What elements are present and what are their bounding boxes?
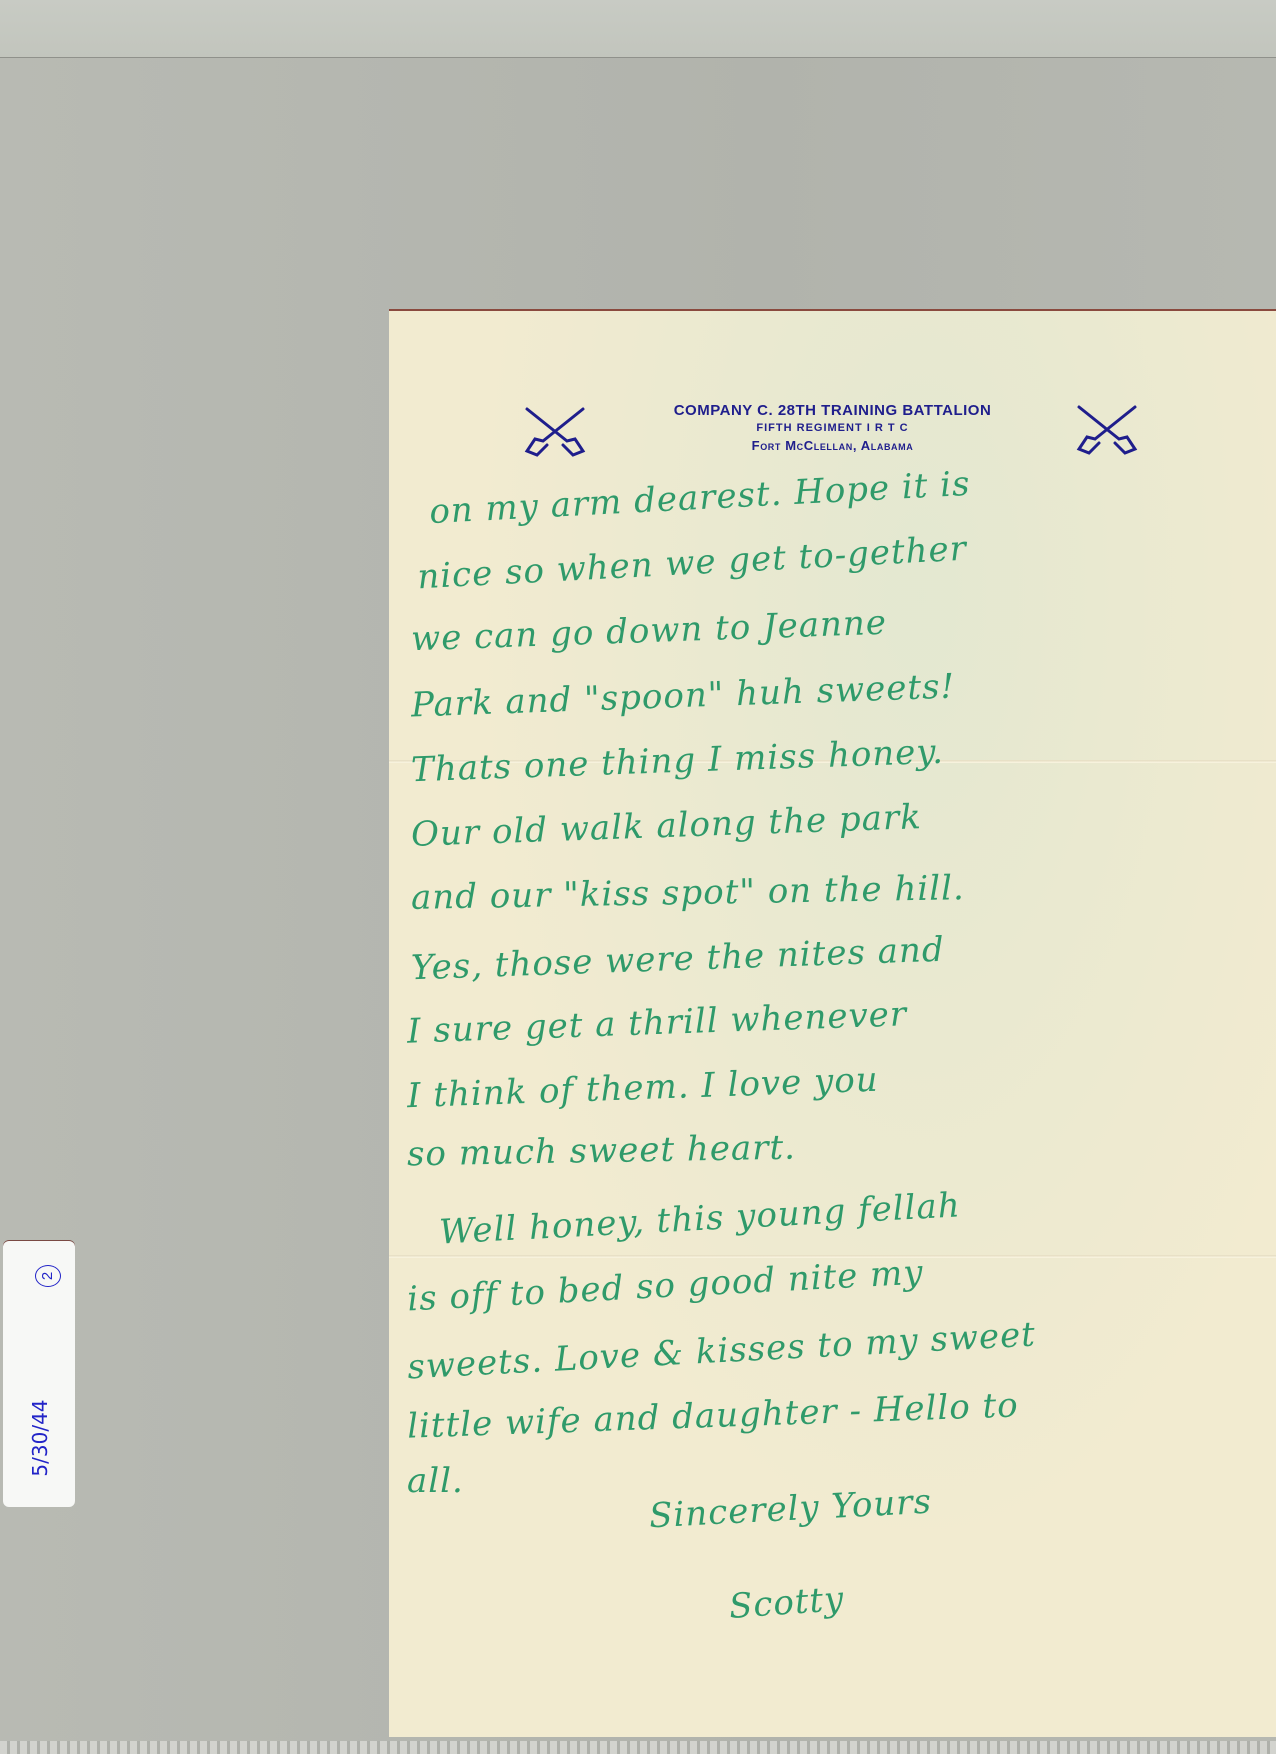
page-number: 2	[35, 1265, 61, 1287]
archive-label: 2 5/30/44	[3, 1241, 75, 1507]
letter-line: I think of them. I love you	[406, 1060, 879, 1116]
sleeve-top-edge	[0, 0, 1276, 58]
letter-line: sweets. Love & kisses to my sweet	[406, 1315, 1036, 1388]
letter-line: little wife and daughter - Hello to	[406, 1385, 1019, 1446]
letter-line: all.	[407, 1461, 464, 1501]
letter-line: and our "kiss spot" on the hill.	[411, 868, 965, 918]
letterhead: COMPANY C. 28TH TRAINING BATTALION FIFTH…	[389, 401, 1276, 455]
letter-page: COMPANY C. 28TH TRAINING BATTALION FIFTH…	[389, 311, 1276, 1737]
letter-line: I sure get a thrill whenever	[406, 994, 907, 1051]
letter-line: is off to bed so good nite my	[406, 1253, 924, 1320]
letter-line: Park and "spoon" huh sweets!	[410, 667, 955, 726]
letter-line: nice so when we get to-gether	[416, 529, 967, 598]
letterhead-regiment: FIFTH REGIMENT I R T C	[389, 420, 1276, 437]
letter-line: Yes, those were the nites and	[410, 930, 945, 989]
letter-signature: Scotty	[728, 1579, 846, 1627]
letter-line: Thats one thing I miss honey.	[410, 732, 944, 791]
label-date: 5/30/44	[28, 1393, 52, 1483]
letter-line: Our old walk along the park	[410, 797, 922, 855]
sleeve-bottom-edge	[0, 1741, 1276, 1754]
letter-line: so much sweet heart.	[407, 1128, 797, 1175]
letter-closing: Sincerely Yours	[648, 1482, 933, 1537]
letter-line: on my arm dearest. Hope it is	[428, 464, 971, 532]
letter-line: Well honey, this young fellah	[438, 1185, 961, 1252]
letter-line: we can go down to Jeanne	[410, 603, 887, 660]
letterhead-location: Fort McClellan, Alabama	[389, 437, 1276, 455]
letterhead-company: COMPANY C. 28TH TRAINING BATTALION	[389, 401, 1276, 420]
